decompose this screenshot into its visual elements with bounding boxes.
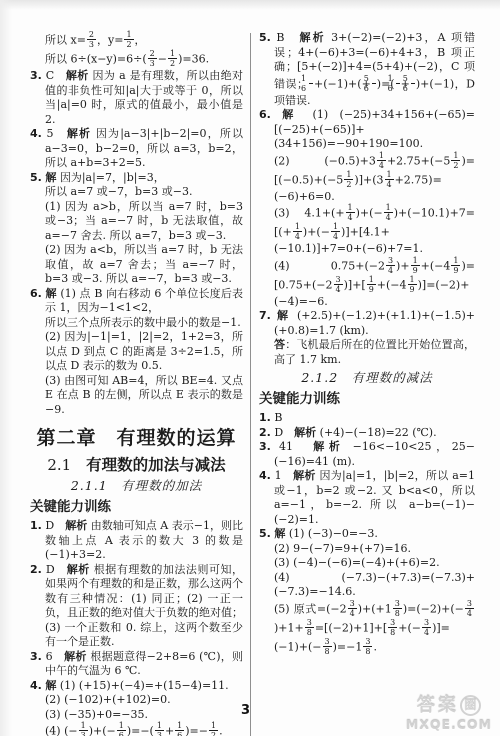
subsection-heading: 2.1.2 有理数的减法 — [259, 369, 475, 386]
solution-item: 1. B — [259, 411, 475, 426]
solution-item: 4. 1 解析 因为|a|=1，|b|=2，所以 a=1 或−1，b=2 或−2… — [259, 469, 475, 527]
fraction: 34 — [348, 599, 357, 618]
fraction: 12 — [344, 170, 353, 189]
fraction: 56 — [372, 74, 376, 93]
solution-item: 4. 解 (1) (+15)+(−4)=+(15−4)=11. — [30, 679, 243, 694]
solution-line: 所以 x=23，y=12， — [30, 31, 243, 50]
fraction: 12 — [209, 721, 218, 736]
fraction: 16 — [117, 721, 126, 736]
solution-line: (5) 原式=(−234)+(+138)=(−2)+(−34)+1+38=[(−… — [259, 600, 475, 657]
fraction: 38 — [393, 599, 402, 618]
solution-line: (2) 因为|−1|=1，|2|=2，1+2=3，所以点 D 到点 C 的距离是… — [30, 330, 243, 374]
solution-item: 7. 解 (+2.5)+(−1.2)+(+1.1)+(−1.5)+(+0.8)=… — [259, 309, 475, 338]
solution-line: 所以 a=7 或−7，b=3 或−3. — [30, 185, 243, 200]
fraction: 14 — [384, 203, 393, 222]
fraction: 13 — [155, 721, 164, 736]
fraction: 12 — [168, 49, 177, 68]
page-number: 3 — [241, 703, 250, 718]
watermark-logo: 答案圈 MXQE.COM — [406, 695, 492, 732]
fraction: 12 — [124, 30, 133, 49]
fraction: 19 — [408, 275, 417, 294]
watermark-circle-char: 圈 — [460, 695, 481, 716]
solution-line: (2) (−0.5)+314+2.75+(−512)=[(−0.5)+(−512… — [259, 152, 475, 205]
section-heading: 2.1 有理数的加法与减法 — [30, 455, 243, 475]
fraction: 38 — [388, 618, 397, 637]
solution-item: 4. 5 解析 因为|a−3|+|b−2|=0，所以 a−3=0，b−2=0，所… — [30, 127, 243, 171]
fraction: 34 — [465, 599, 474, 618]
fraction: 19 — [367, 275, 376, 294]
fraction: 13 — [79, 721, 88, 736]
watermark-site: MXQE.COM — [406, 717, 492, 732]
column-divider — [250, 33, 251, 736]
solution-item: 5. 解 因为|a|=7，|b|=3， — [30, 171, 243, 186]
solution-line: (3) (−4)−(−6)=(−4)+(+6)=2. — [259, 556, 475, 571]
book-page: 所以 x=23，y=12，所以 6÷(x−y)=6÷(23−12)=36.3. … — [0, 0, 500, 736]
right-column: 5. B 解析 3+(−2)=(−2)+3，A 项错误；4+(−6)+3=(−6… — [259, 31, 475, 736]
fraction: 16 — [309, 74, 313, 93]
solution-line: (4) (−7.3)−(+7.3)=(−7.3)+(−7.3)=−14.6. — [259, 571, 475, 600]
solution-line: (2) 9−(−7)=9+(+7)=16. — [259, 542, 475, 557]
fraction: 38 — [323, 637, 332, 656]
solution-line: 所以三个点所表示的数中最小的数是−1. — [30, 316, 243, 331]
training-heading: 关键能力训练 — [259, 390, 475, 408]
fraction: 38 — [305, 618, 314, 637]
fraction: 19 — [411, 256, 420, 275]
solution-item: 2. D 解析 (+4)−(−18)=22 (℃). — [259, 426, 475, 441]
watermark-brand: 答案圈 — [406, 695, 492, 717]
fraction: 14 — [385, 170, 394, 189]
solution-item: 3. 6 解析 根据题意得−2+8=6 (℃)，则中午的气温为 6 ℃. — [30, 650, 243, 679]
fraction: 12 — [451, 151, 460, 170]
training-heading: 关键能力训练 — [30, 498, 243, 516]
left-column: 所以 x=23，y=12，所以 6÷(x−y)=6÷(23−12)=36.3. … — [30, 31, 243, 736]
watermark-text: 答案 — [417, 695, 459, 716]
solution-item: 3. C 解析 因为 a 是有理数，所以由绝对值的非负性可知|a|大于或等于 0… — [30, 69, 243, 127]
fraction: 23 — [87, 30, 96, 49]
solution-item: 5. B 解析 3+(−2)=(−2)+3，A 项错误；4+(−6)+3=(−6… — [259, 31, 475, 108]
fraction: 23 — [148, 49, 157, 68]
content-columns: 所以 x=23，y=12，所以 6÷(x−y)=6÷(23−12)=36.3. … — [30, 31, 480, 736]
solution-line: (3) 由图可知 AB=4，所以 BE=4. 又点 E 在点 B 的左侧，所以点… — [30, 374, 243, 418]
fraction: 34 — [334, 275, 343, 294]
solution-line: (1) 因为 a>b，所以当 a=7 时，b=3 或−3；当 a=−7 时，b … — [30, 200, 243, 244]
solution-line: (4) (−13)+(−16)=−(13+16)=−12. — [30, 722, 243, 736]
chapter-heading: 第二章 有理数的运算 — [30, 426, 243, 450]
fraction: 19 — [451, 256, 460, 275]
fraction: 14 — [331, 222, 340, 241]
fraction: 14 — [293, 222, 302, 241]
solution-line: 所以 6÷(x−y)=6÷(23−12)=36. — [30, 50, 243, 69]
solution-item: 3. 41 解析 −16<−10<25，25−(−16)=41 (m). — [259, 440, 475, 469]
subsection-heading: 2.1.1 有理数的加法 — [30, 477, 243, 494]
solution-line: (3) 4.1+(+14)+(−14)+(−10.1)+7=[(+14)+(−1… — [259, 204, 475, 257]
solution-item: 6. 解 (1) (−25)+34+156+(−65)=[(−25)+(−65)… — [259, 108, 475, 152]
fraction: 16 — [396, 74, 400, 93]
solution-item: 2. D 解析 根据有理数的加法法则可知，如果两个有理数的和是正数，那么这两个数… — [30, 563, 243, 650]
fraction: 16 — [175, 721, 184, 736]
solution-item: 1. D 解析 由数轴可知点 A 表示−1，则比数轴上点 A 表示的数大 3 的… — [30, 519, 243, 563]
solution-item: 5. 解 (1) (−3)−0=−3. — [259, 527, 475, 542]
fraction: 56 — [411, 74, 415, 93]
fraction: 14 — [346, 203, 355, 222]
solution-line: (4) 0.75+(−234)+19+(−419)=[0.75+(−234)]+… — [259, 257, 475, 310]
fraction: 34 — [386, 256, 395, 275]
solution-line: (2) (−102)+(+102)=0. — [30, 693, 243, 708]
fraction: 38 — [363, 637, 372, 656]
solution-line: (2) 因为 a<b，所以当 a=7 时，b 无法取值，故 a=7 舍去；当 a… — [30, 243, 243, 287]
solution-line: 答：飞机最后所在的位置比开始位置高，高了 1.7 km. — [259, 338, 475, 367]
solution-line: (3) (−35)+0=−35. — [30, 708, 243, 723]
fraction: 34 — [422, 618, 431, 637]
fraction: 14 — [377, 151, 386, 170]
solution-item: 6. 解 (1) 点 B 向右移动 6 个单位长度后表示 1，因为−1<1<2， — [30, 287, 243, 316]
